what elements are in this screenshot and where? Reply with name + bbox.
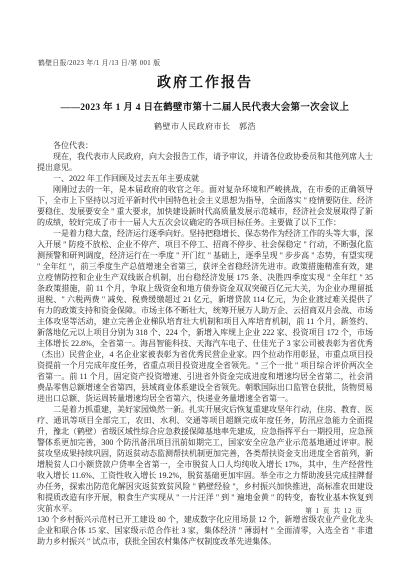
paragraph: 各位代表： [37, 140, 373, 151]
paragraph: 二是着力抓重建，美好家园焕然一新。扎实开展灾后恢复重建攻坚年行动，住房、教育、医… [37, 404, 373, 514]
paragraph: 刚刚过去的一年，是本届政府的收官之年。面对复杂环境和严峻挑战，在市委的正确领导下… [37, 184, 373, 228]
paragraph: 一是着力稳大盘，经济运行逐季向好。坚持把稳增长、保态势作为经济工作的头等大事，深… [37, 228, 373, 404]
page-number: 第 1 页 共 12 页 [305, 505, 363, 515]
paragraph: 现在，我代表市人民政府，向大会报告工作，请予审议，并请各位政协委员和其他列席人士… [37, 151, 373, 173]
document-body: 各位代表：现在，我代表市人民政府，向大会报告工作，请予审议，并请各位政协委员和其… [37, 140, 373, 547]
newspaper-masthead: 鹤壁日报/2023 年/1 月/13 日/第 001 版 [38, 57, 160, 67]
paragraph: 130 个乡村振兴示范村已开工建设 80 个，建成数字化应用场景 12 个，新增… [37, 514, 373, 547]
document-title: 政府工作报告 [0, 72, 410, 92]
document-page: 鹤壁日报/2023 年/1 月/13 日/第 001 版 政府工作报告 ——20… [0, 0, 410, 580]
paragraph: 一、2022 年工作回顾及过去五年主要成就 [37, 173, 373, 184]
document-author: 鹤壁市人民政府市长 郭浩 [0, 121, 410, 132]
document-subtitle: ——2023 年 1 月 4 日在鹤壁市第十二届人民代表大会第一次会议上 [0, 99, 410, 113]
